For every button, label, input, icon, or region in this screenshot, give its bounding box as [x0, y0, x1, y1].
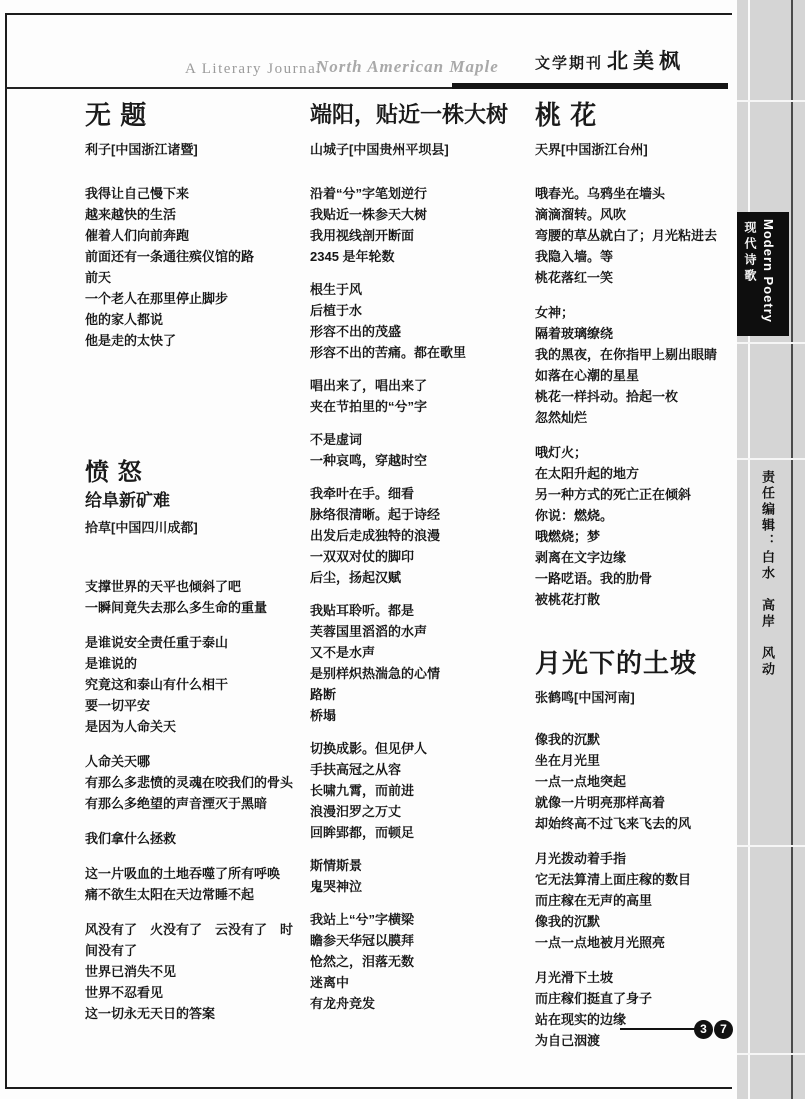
poem-line: 风没有了 火没有了 云没有了 时 [85, 919, 320, 940]
poem-body: 哦春光。乌鸦坐在墙头滴滴溜转。风吹弯腰的草丛就白了；月光粘进去我隐入墙。等桃花落… [535, 183, 743, 610]
poem-line: 一个老人在那里停止脚步 [85, 288, 305, 309]
poem-line: 忽然灿烂 [535, 407, 743, 428]
journal-title-script: North American Maple [316, 57, 499, 77]
poem-line: 脉络很清晰。起于诗经 [310, 504, 535, 525]
poem-line: 它无法算清上面庄稼的数目 [535, 869, 747, 890]
poem-body: 像我的沉默坐在月光里一点一点地突起就像一片明亮那样高着却始终高不过飞来飞去的风月… [535, 729, 747, 1051]
poem-line: 世界已消失不见 [85, 961, 320, 982]
poem-line: 是别样炽热湍急的心情 [310, 663, 535, 684]
poem-line: 一点一点地突起 [535, 771, 747, 792]
poem-line: 间没有了 [85, 940, 320, 961]
poem-line: 痛不欲生太阳在天边常睡不起 [85, 884, 320, 905]
poem-line: 有那么多绝望的声音湮灭于黑暗 [85, 793, 320, 814]
poem-line: 唱出来了，唱出来了 [310, 375, 535, 396]
poem-line: 路断 [310, 684, 535, 705]
poem-line: 一双双对仗的脚印 [310, 546, 535, 567]
poem-line: 在太阳升起的地方 [535, 463, 743, 484]
poem-peach-blossom: 桃 花 天界[中国浙江台州] 哦春光。乌鸦坐在墙头滴滴溜转。风吹弯腰的草丛就白了… [535, 100, 743, 624]
poem-line: 形容不出的苦痛。都在歌里 [310, 342, 535, 363]
poem-line: 他的家人都说 [85, 309, 305, 330]
poem-subtitle: 给阜新矿难 [85, 490, 320, 512]
strip-divider [737, 100, 805, 102]
poem-stanza: 支撑世界的天平也倾斜了吧一瞬间竟失去那么多生命的重量 [85, 576, 320, 618]
poem-line: 怆然之，泪落无数 [310, 951, 535, 972]
poem-line: 隔着玻璃缭绕 [535, 323, 743, 344]
poem-line: 催着人们向前奔跑 [85, 225, 305, 246]
poem-line: 人命关天哪 [85, 751, 320, 772]
poem-title: 无 题 [85, 100, 305, 130]
poem-line: 斯情斯景 [310, 855, 535, 876]
poem-stanza: 像我的沉默坐在月光里一点一点地突起就像一片明亮那样高着却始终高不过飞来飞去的风 [535, 729, 747, 834]
poem-line: 月光滑下土坡 [535, 967, 747, 988]
poem-line: 像我的沉默 [535, 729, 747, 750]
strip-divider [737, 1053, 805, 1055]
poem-author: 利子[中国浙江诸暨] [85, 142, 305, 158]
poem-line: 哦春光。乌鸦坐在墙头 [535, 183, 743, 204]
poem-line: 女神； [535, 302, 743, 323]
journal-name-cn: 北美枫 [607, 45, 685, 75]
poem-line: 我站上“兮”字横梁 [310, 909, 535, 930]
poem-stanza: 我得让自己慢下来越来越快的生活催着人们向前奔跑前面还有一条通往殡仪馆的路前天一个… [85, 183, 305, 351]
poem-line: 我的黑夜，在你指甲上剔出眼睛 [535, 344, 743, 365]
poem-line: 鬼哭神泣 [310, 876, 535, 897]
poem-line: 你说：燃烧。 [535, 505, 743, 526]
page-border-left [5, 13, 7, 1089]
journal-subtitle-en: A Literary Journal [185, 61, 322, 78]
poem-line: 沿着“兮”字笔划逆行 [310, 183, 535, 204]
poem-line: 我们拿什么拯救 [85, 828, 320, 849]
poem-line: 我隐入墙。等 [535, 246, 743, 267]
poem-line: 哦燃烧；梦 [535, 526, 743, 547]
poem-stanza: 这一片吸血的土地吞噬了所有呼唤痛不欲生太阳在天边常睡不起 [85, 863, 320, 905]
poem-stanza: 风没有了 火没有了 云没有了 时间没有了世界已消失不见世界不忍看见这一切永无天日… [85, 919, 320, 1024]
poem-line: 迷离中 [310, 972, 535, 993]
poem-line: 这一切永无天日的答案 [85, 1003, 320, 1024]
poem-line: 桃花落红一笑 [535, 267, 743, 288]
poem-stanza: 哦灯火；在太阳升起的地方另一种方式的死亡正在倾斜你说：燃烧。哦燃烧；梦剥离在文字… [535, 442, 743, 610]
poem-stanza: 根生于风后植于水形容不出的茂盛形容不出的苦痛。都在歌里 [310, 279, 535, 363]
poem-line: 却始终高不过飞来飞去的风 [535, 813, 747, 834]
poem-line: 另一种方式的死亡正在倾斜 [535, 484, 743, 505]
poem-line: 回眸郢都，而顿足 [310, 822, 535, 843]
poem-line: 前天 [85, 267, 305, 288]
magazine-page: A Literary Journal North American Maple … [0, 0, 805, 1099]
poem-line: 切换成影。但见伊人 [310, 738, 535, 759]
poem-line: 是因为人命关天 [85, 716, 320, 737]
poem-anger: 愤 怒 给阜新矿难 拾草[中国四川成都] 支撑世界的天平也倾斜了吧一瞬间竟失去那… [85, 458, 320, 1038]
poem-line: 像我的沉默 [535, 911, 747, 932]
poem-author: 天界[中国浙江台州] [535, 142, 743, 158]
poem-stanza: 女神；隔着玻璃缭绕我的黑夜，在你指甲上剔出眼睛如落在心潮的星星桃花一样抖动。拾起… [535, 302, 743, 428]
poem-line: 被桃花打散 [535, 589, 743, 610]
poem-line: 一点一点地被月光照亮 [535, 932, 747, 953]
page-number: 3 7 [694, 1020, 734, 1039]
poem-author: 山城子[中国贵州平坝县] [310, 142, 535, 158]
poem-stanza: 切换成影。但见伊人手扶高冠之从容长啸九霄，而前进浪漫汨罗之万丈回眸郢都，而顿足 [310, 738, 535, 843]
poem-stanza: 月光拨动着手指它无法算清上面庄稼的数目而庄稼在无声的高里像我的沉默一点一点地被月… [535, 848, 747, 953]
poem-line: 又不是水声 [310, 642, 535, 663]
poem-line: 有龙舟竞发 [310, 993, 535, 1014]
poem-line: 我用视线剖开断面 [310, 225, 535, 246]
poem-title: 端阳，贴近一株大树 [310, 100, 535, 130]
poem-line: 2345 是年轮数 [310, 246, 535, 267]
poem-title: 月光下的土坡 [535, 648, 747, 678]
header-rule-thick [452, 83, 728, 89]
strip-divider [737, 458, 805, 460]
poem-line: 就像一片明亮那样高着 [535, 792, 747, 813]
poem-moonlit-slope: 月光下的土坡 张鹤鸣[中国河南] 像我的沉默坐在月光里一点一点地突起就像一片明亮… [535, 648, 747, 1065]
poem-line: 滴滴溜转。风吹 [535, 204, 743, 225]
poem-line: 哦灯火； [535, 442, 743, 463]
poem-stanza: 我们拿什么拯救 [85, 828, 320, 849]
poem-stanza: 我站上“兮”字横梁瞻参天华冠以膜拜怆然之，泪落无数迷离中有龙舟竞发 [310, 909, 535, 1014]
poem-line: 弯腰的草丛就白了；月光粘进去 [535, 225, 743, 246]
poem-stanza: 不是虚词一种哀鸣，穿越时空 [310, 429, 535, 471]
journal-type-cn: 文学期刊 [535, 52, 603, 73]
poem-line: 出发后走成独特的浪漫 [310, 525, 535, 546]
page-number-rule [620, 1028, 702, 1030]
poem-line: 我得让自己慢下来 [85, 183, 305, 204]
poem-line: 夹在节拍里的“兮”字 [310, 396, 535, 417]
poem-line: 这一片吸血的土地吞噬了所有呼唤 [85, 863, 320, 884]
poem-line: 月光拨动着手指 [535, 848, 747, 869]
poem-author: 张鹤鸣[中国河南] [535, 690, 747, 706]
poem-body: 支撑世界的天平也倾斜了吧一瞬间竟失去那么多生命的重量是谁说安全责任重于泰山是谁说… [85, 576, 320, 1024]
poem-stanza: 哦春光。乌鸦坐在墙头滴滴溜转。风吹弯腰的草丛就白了；月光粘进去我隐入墙。等桃花落… [535, 183, 743, 288]
page-number-digit: 7 [714, 1020, 733, 1039]
poem-line: 桥塌 [310, 705, 535, 726]
section-tab: 现代诗歌 Modern Poetry [737, 212, 789, 336]
poem-stanza: 斯情斯景鬼哭神泣 [310, 855, 535, 897]
poem-line: 我贴近一株参天大树 [310, 204, 535, 225]
poem-line: 是谁说的 [85, 653, 320, 674]
poem-line: 长啸九霄，而前进 [310, 780, 535, 801]
poem-line: 究竟这和泰山有什么相干 [85, 674, 320, 695]
poem-line: 而庄稼在无声的高里 [535, 890, 747, 911]
poem-body: 我得让自己慢下来越来越快的生活催着人们向前奔跑前面还有一条通往殡仪馆的路前天一个… [85, 183, 305, 351]
poem-stanza: 我贴耳聆听。都是芙蓉国里滔滔的水声又不是水声是别样炽热湍急的心情路断桥塌 [310, 600, 535, 726]
poem-title: 愤 怒 [85, 458, 320, 488]
poem-line: 后植于水 [310, 300, 535, 321]
strip-divider [737, 845, 805, 847]
poem-line: 瞻参天华冠以膜拜 [310, 930, 535, 951]
strip-divider-vertical [748, 0, 750, 1099]
poem-untitled: 无 题 利子[中国浙江诸暨] 我得让自己慢下来越来越快的生活催着人们向前奔跑前面… [85, 100, 305, 365]
poem-line: 我贴耳聆听。都是 [310, 600, 535, 621]
poem-line: 一种哀鸣，穿越时空 [310, 450, 535, 471]
poem-line: 芙蓉国里滔滔的水声 [310, 621, 535, 642]
poem-title: 桃 花 [535, 100, 743, 130]
section-name-cn: 现代诗歌 [742, 221, 759, 331]
poem-stanza: 唱出来了，唱出来了夹在节拍里的“兮”字 [310, 375, 535, 417]
poem-line: 而庄稼们挺直了身子 [535, 988, 747, 1009]
page-border-bottom [5, 1087, 732, 1089]
poem-line: 坐在月光里 [535, 750, 747, 771]
poem-line: 不是虚词 [310, 429, 535, 450]
poem-line: 世界不忍看见 [85, 982, 320, 1003]
right-edge-strip: 现代诗歌 Modern Poetry 责任编辑：白水 高岸 风动 [737, 0, 805, 1099]
poem-stanza: 人命关天哪有那么多悲愤的灵魂在咬我们的骨头有那么多绝望的声音湮灭于黑暗 [85, 751, 320, 814]
poem-line: 根生于风 [310, 279, 535, 300]
poem-stanza: 我牵叶在手。细看脉络很清晰。起于诗经出发后走成独特的浪漫一双双对仗的脚印后尘，扬… [310, 483, 535, 588]
poem-line: 是谁说安全责任重于泰山 [85, 632, 320, 653]
poem-line: 他是走的太快了 [85, 330, 305, 351]
editors-credit: 责任编辑：白水 高岸 风动 [758, 470, 777, 685]
page-number-digit: 3 [694, 1020, 713, 1039]
poem-line: 我牵叶在手。细看 [310, 483, 535, 504]
poem-stanza: 是谁说安全责任重于泰山是谁说的究竟这和泰山有什么相干要一切平安是因为人命关天 [85, 632, 320, 737]
poem-line: 前面还有一条通往殡仪馆的路 [85, 246, 305, 267]
poem-line: 手扶高冠之从容 [310, 759, 535, 780]
poem-line: 形容不出的茂盛 [310, 321, 535, 342]
poem-duanyang: 端阳，贴近一株大树 山城子[中国贵州平坝县] 沿着“兮”字笔划逆行我贴近一株参天… [310, 100, 535, 1026]
poem-line: 越来越快的生活 [85, 204, 305, 225]
poem-body: 沿着“兮”字笔划逆行我贴近一株参天大树我用视线剖开断面2345 是年轮数根生于风… [310, 183, 535, 1014]
poem-line: 浪漫汨罗之万丈 [310, 801, 535, 822]
strip-rule-vertical [791, 0, 793, 1099]
poem-line: 后尘，扬起汉赋 [310, 567, 535, 588]
section-name-en: Modern Poetry [761, 219, 776, 331]
poem-author: 拾草[中国四川成都] [85, 520, 320, 536]
page-border-top [5, 13, 732, 15]
poem-line: 有那么多悲愤的灵魂在咬我们的骨头 [85, 772, 320, 793]
poem-line: 剥离在文字边缘 [535, 547, 743, 568]
poem-line: 支撑世界的天平也倾斜了吧 [85, 576, 320, 597]
poem-line: 要一切平安 [85, 695, 320, 716]
poem-line: 桃花一样抖动。拾起一枚 [535, 386, 743, 407]
strip-divider [737, 342, 805, 344]
poem-line: 一瞬间竟失去那么多生命的重量 [85, 597, 320, 618]
poem-stanza: 沿着“兮”字笔划逆行我贴近一株参天大树我用视线剖开断面2345 是年轮数 [310, 183, 535, 267]
poem-line: 一路呓语。我的肋骨 [535, 568, 743, 589]
poem-line: 如落在心潮的星星 [535, 365, 743, 386]
